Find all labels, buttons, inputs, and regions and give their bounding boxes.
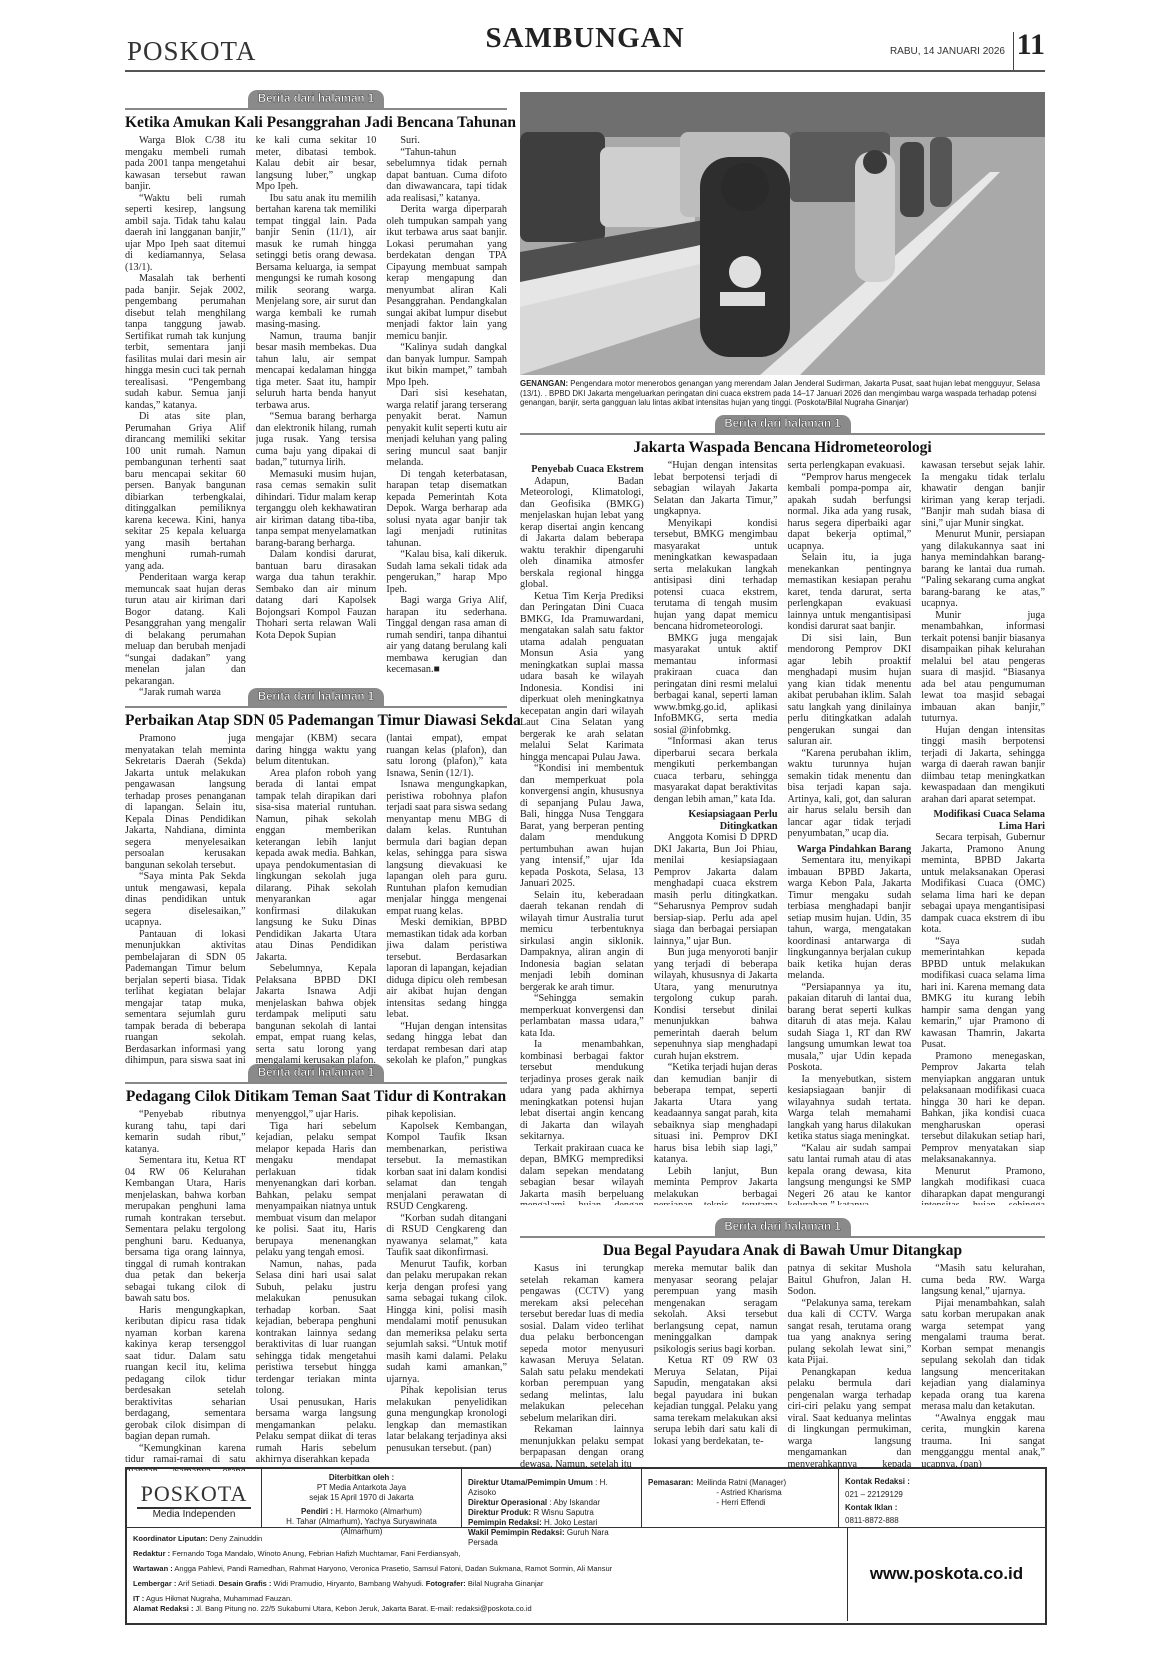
article-paragraph: Bagi warga Griya Alif, harapan itu seder… xyxy=(386,595,507,676)
continued-badge: Berita dari halaman 1 xyxy=(248,1064,384,1082)
article-subheading: Warga Pindahkan Barang xyxy=(788,844,912,856)
article-paragraph: “Informasi akan terus diperbarui secara … xyxy=(654,736,778,805)
article-paragraph: Lebih lanjut, Bun meminta Pemprov Jakart… xyxy=(654,1166,778,1206)
colophon: POSKOTA Media Independen Diterbitkan ole… xyxy=(125,1467,1047,1625)
article-paragraph: Namun, trauma banjir besar masih membeka… xyxy=(256,331,377,412)
article-paragraph: Memasuki musim hujan, rasa cemas semakin… xyxy=(256,469,377,550)
colophon-logo-cell: POSKOTA Media Independen xyxy=(127,1469,262,1527)
article-paragraph: Dalam kondisi darurat, bantuan baru dira… xyxy=(256,549,377,641)
marketing-name: - Astried Kharisma xyxy=(696,1488,786,1498)
article-paragraph: Selain itu, ia juga menekankan pentingny… xyxy=(788,552,912,633)
article-paragraph: Isnawa mengungkapkan, peristiwa robohnya… xyxy=(386,779,507,917)
article-paragraph: “Kalau bisa, kali dikeruk. Sudah lama se… xyxy=(386,549,507,595)
article-column: Warga Blok C/38 itu mengaku membeli ruma… xyxy=(125,135,246,695)
article-column: serta perlengkapan evakuasi.“Pemprov har… xyxy=(788,460,912,1205)
article-column: ke kali cuma sekitar 10 meter, dibatasi … xyxy=(256,135,377,695)
article-paragraph: mengajar (KBM) secara daring hingga wakt… xyxy=(256,733,377,768)
article-column: Suri.“Tahun-tahun sebelumnya tidak perna… xyxy=(386,135,507,695)
page-number: 11 xyxy=(1017,28,1045,62)
article-paragraph: ke kali cuma sekitar 10 meter, dibatasi … xyxy=(256,135,377,193)
ads-phone: 0811-8872-888 xyxy=(845,1514,1039,1527)
publisher-since: sejak 15 April 1970 di Jakarta xyxy=(268,1493,455,1503)
divider xyxy=(125,1082,507,1084)
publisher-name: PT Media Antarkota Jaya xyxy=(268,1483,455,1493)
article-paragraph: “Waktu beli rumah seperti kesirep, langs… xyxy=(125,193,246,274)
article-paragraph: Ketua Tim Kerja Prediksi dan Peringatan … xyxy=(520,591,644,764)
caption-label: GENANGAN: xyxy=(520,379,568,388)
article-paragraph: “Hujan dengan intensitas lebat berpotens… xyxy=(654,460,778,518)
article-paragraph: Suri. xyxy=(386,135,507,147)
continued-badge: Berita dari halaman 1 xyxy=(248,688,384,706)
article-paragraph: Ibu satu anak itu memilih bertahan karen… xyxy=(256,193,377,331)
article-paragraph: Penangkapan kedua pelaku bermula dari pe… xyxy=(788,1367,912,1469)
article-paragraph: Usai penusukan, Haris bersama warga lang… xyxy=(256,1397,377,1466)
article-paragraph: Di atas site plan, Perumahan Griya Alif … xyxy=(125,411,246,572)
article-column: Kasus ini terungkap setelah rekaman kame… xyxy=(520,1263,644,1468)
article-paragraph: Rekaman lainnya menunjukkan pelaku sempa… xyxy=(520,1424,644,1468)
article-paragraph: Pramono menegaskan, Pemprov Jakarta tela… xyxy=(921,1051,1045,1166)
article-paragraph: Menurut Munir, persiapan yang dilakukann… xyxy=(921,529,1045,610)
article-paragraph: Masalah tak berhenti pada banjir. Sejak … xyxy=(125,273,246,411)
article-paragraph: “Masih satu kelurahan, cuma beda RW. War… xyxy=(921,1263,1045,1298)
article-paragraph: “Hujan dengan intensitas sedang hingga l… xyxy=(386,1021,507,1067)
issue-date: RABU, 14 JANUARI 2026 xyxy=(890,46,1005,57)
website-link[interactable]: www.poskota.co.id xyxy=(848,1527,1045,1621)
staff-credits: Koordinator Liputan: Deny Zainuddin Reda… xyxy=(127,1527,848,1621)
article-paragraph: Ia menambahkan, kombinasi berbagai fakto… xyxy=(520,1039,644,1143)
article-subheading: Modifikasi Cuaca Selama Lima Hari xyxy=(921,809,1045,832)
article-paragraph: Warga Blok C/38 itu mengaku membeli ruma… xyxy=(125,135,246,193)
article-column: kawasan tersebut sejak lahir. Ia mengaku… xyxy=(921,460,1045,1205)
article-headline: Ketika Amukan Kali Pesanggrahan Jadi Ben… xyxy=(125,114,507,132)
founder-label: Pendiri : xyxy=(301,1507,333,1516)
article-paragraph: “Korban sudah ditangani di RSUD Cengkare… xyxy=(386,1213,507,1259)
credit-line: Lembergar : Arif Setiadi. Desain Grafis … xyxy=(133,1576,841,1591)
article-subheading: Penyebab Cuaca Ekstrem xyxy=(520,464,644,476)
article-paragraph: Ia menyebutkan, sistem kesiapsiagaan ban… xyxy=(788,1074,912,1143)
article-column: “Hujan dengan intensitas lebat berpotens… xyxy=(654,460,778,1205)
article-paragraph: Sementara itu, menyikapi imbauan BPBD Ja… xyxy=(788,855,912,982)
article-paragraph: Di tengah keterbatasan, harapan tetap di… xyxy=(386,469,507,550)
director-line: Direktur Operasional : Aby Iskandar xyxy=(468,1498,635,1508)
article-paragraph: Menurut Pramono, langkah modifikasi cuac… xyxy=(921,1166,1045,1206)
continued-badge: Berita dari halaman 1 xyxy=(715,415,851,433)
article-paragraph: Pramono juga menyatakan telah meminta Se… xyxy=(125,733,246,871)
ads-contact-label: Kontak Iklan : xyxy=(845,1503,897,1512)
article-columns: Kasus ini terungkap setelah rekaman kame… xyxy=(520,1263,1045,1468)
article-paragraph: “Tahun-tahun sebelumnya tidak pernah dap… xyxy=(386,147,507,205)
article-paragraph: “Saya sudah memerintahkan kepada BPBD un… xyxy=(921,936,1045,1051)
article-paragraph: Bun juga menyoroti banjir yang terjadi d… xyxy=(654,947,778,1062)
article-paragraph: kawasan tersebut sejak lahir. Ia mengaku… xyxy=(921,460,1045,529)
article-paragraph: Haris mengungkapkan, keributan dipicu ra… xyxy=(125,1305,246,1443)
article-column: Penyebab Cuaca EkstremAdapun, Badan Mete… xyxy=(520,460,644,1205)
article-subheading: Kesiapsiagaan Perlu Ditingkatkan xyxy=(654,809,778,832)
article-column: mengajar (KBM) secara daring hingga wakt… xyxy=(256,733,377,1066)
article-columns: Penyebab Cuaca EkstremAdapun, Badan Mete… xyxy=(520,460,1045,1205)
article-begal-payudara: Berita dari halaman 1 Dua Begal Payudara… xyxy=(520,1218,1045,1458)
article-paragraph: Meski demikian, BPBD memastikan tidak ad… xyxy=(386,917,507,1021)
article-paragraph: “Pelakunya sama, terekam dua kali di CCT… xyxy=(788,1298,912,1367)
article-column: pihak kepolisian.Kapolsek Kembangan, Kom… xyxy=(386,1109,507,1471)
article-paragraph: menyenggol,” ujar Haris. xyxy=(256,1109,377,1121)
article-column: Pramono juga menyatakan telah meminta Se… xyxy=(125,733,246,1066)
footer-tagline: Media Independen xyxy=(133,1509,255,1520)
article-hidrometeorologi: Berita dari halaman 1 Jakarta Waspada Be… xyxy=(520,415,1045,1195)
article-paragraph: Menyikapi kondisi tersebut, BMKG mengimb… xyxy=(654,518,778,633)
article-paragraph: “Kalinya sudah dangkal dan banyak lumpur… xyxy=(386,342,507,388)
article-paragraph: Munir juga menambahkan, informasi terkai… xyxy=(921,610,1045,725)
marketing-label: Pemasaran: xyxy=(648,1478,693,1508)
editorial-phone: 021 – 22129129 xyxy=(845,1488,1039,1501)
article-columns: Pramono juga menyatakan telah meminta Se… xyxy=(125,733,507,1066)
article-paragraph: “Karena perubahan iklim, waktu turunnya … xyxy=(788,748,912,840)
credit-line: Alamat Redaksi : Jl. Bang Pitung no. 22/… xyxy=(133,1604,841,1614)
article-paragraph: “Sehingga semakin memperkuat konvergensi… xyxy=(520,993,644,1039)
divider xyxy=(520,433,1045,435)
photo-caption: GENANGAN: Pengendara motor menerobos gen… xyxy=(520,379,1045,408)
article-paragraph: Sebelumnya, Kepala Pelaksana BPBD DKI Ja… xyxy=(256,963,377,1066)
director-line: Direktur Produk: R Wisnu Saputra xyxy=(468,1508,635,1518)
photo-illustration xyxy=(520,92,1045,375)
article-paragraph: Pihak kepolisian terus melakukan penyeli… xyxy=(386,1385,507,1454)
caption-text: Pengendara motor menerobos genangan yang… xyxy=(520,379,1040,407)
publisher-label: Diterbitkan oleh : xyxy=(329,1473,394,1482)
article-column: “Penyebab ributnya kurang tahu, tapi dar… xyxy=(125,1109,246,1471)
article-paragraph: serta perlengkapan evakuasi. xyxy=(788,460,912,472)
article-paragraph: “Awalnya enggak mau cerita, mungkin kare… xyxy=(921,1413,1045,1469)
editorial-contact-label: Kontak Redaksi : xyxy=(845,1477,910,1486)
article-paragraph: “Ketika terjadi hujan deras dan kemudian… xyxy=(654,1062,778,1166)
article-sdn-05: Berita dari halaman 1 Perbaikan Atap SDN… xyxy=(125,688,507,1053)
article-headline: Dua Begal Payudara Anak di Bawah Umur Di… xyxy=(520,1242,1045,1260)
article-column: patnya di sekitar Mushola Baitul Ghufron… xyxy=(788,1263,912,1468)
article-paragraph: Area plafon roboh yang berada di lantai … xyxy=(256,768,377,964)
article-paragraph: (lantai empat), empat ruangan kelas (pla… xyxy=(386,733,507,779)
article-paragraph: Kapolsek Kembangan, Kompol Taufik Iksan … xyxy=(386,1121,507,1213)
article-paragraph: Adapun, Badan Meteorologi, Klimatologi, … xyxy=(520,476,644,591)
article-paragraph: Derita warga diperparah oleh tumpukan sa… xyxy=(386,204,507,342)
article-paragraph: patnya di sekitar Mushola Baitul Ghufron… xyxy=(788,1263,912,1298)
continued-badge: Berita dari halaman 1 xyxy=(248,90,384,108)
article-paragraph: Sementara itu, Ketua RT 04 RW 06 Kelurah… xyxy=(125,1155,246,1305)
article-paragraph: Anggota Komisi D DPRD DKI Jakarta, Bun J… xyxy=(654,832,778,947)
colophon-bottom-row: Koordinator Liputan: Deny Zainuddin Reda… xyxy=(127,1527,1045,1621)
divider xyxy=(125,108,507,110)
article-paragraph: Ketua RT 09 RW 03 Meruya Selatan, Pijai … xyxy=(654,1355,778,1447)
article-paragraph: Kasus ini terungkap setelah rekaman kame… xyxy=(520,1263,644,1424)
article-paragraph: Namun, nahas, pada Selasa dini hari usai… xyxy=(256,1259,377,1397)
masthead: POSKOTA SAMBUNGAN RABU, 14 JANUARI 2026 … xyxy=(125,14,1045,72)
article-paragraph: Terkait prakiraan cuaca ke depan, BMKG m… xyxy=(520,1143,644,1206)
article-paragraph: Pijai menambahkan, salah satu korban mer… xyxy=(921,1298,1045,1413)
marketing-name: Meilinda Ratni (Manager) xyxy=(696,1478,786,1488)
contacts-cell: Kontak Redaksi : 021 – 22129129 Kontak I… xyxy=(839,1469,1045,1527)
article-paragraph: “Saya minta Pak Sekda untuk mengawasi, k… xyxy=(125,871,246,929)
credit-line: Wartawan : Angga Pahlevi, Pandi Ramedhan… xyxy=(133,1561,841,1576)
article-paragraph: Penderitaan warga kerap memuncak saat hu… xyxy=(125,572,246,687)
article-columns: Warga Blok C/38 itu mengaku membeli ruma… xyxy=(125,135,507,695)
article-kali-pesanggrahan: Berita dari halaman 1 Ketika Amukan Kali… xyxy=(125,90,507,680)
marketing-name: - Herri Effendi xyxy=(696,1498,786,1508)
article-paragraph: Menurut Taufik, korban dan pelaku merupa… xyxy=(386,1259,507,1386)
article-headline: Jakarta Waspada Bencana Hidrometeorologi xyxy=(520,439,1045,457)
article-paragraph: pihak kepolisian. xyxy=(386,1109,507,1121)
article-column: mereka memutar balik dan menyasar seoran… xyxy=(654,1263,778,1468)
article-paragraph: “Penyebab ributnya kurang tahu, tapi dar… xyxy=(125,1109,246,1155)
article-paragraph: Secara terpisah, Gubernur Jakarta, Pramo… xyxy=(921,832,1045,936)
article-paragraph: Hujan dengan intensitas tinggi masih ber… xyxy=(921,725,1045,806)
founder-1: H. Harmoko (Almarhum) xyxy=(335,1507,422,1516)
article-paragraph: “Kondisi ini membentuk dan memperkuat po… xyxy=(520,763,644,890)
continued-badge: Berita dari halaman 1 xyxy=(715,1218,851,1236)
article-paragraph: “Semua barang berharga dan elektronik hi… xyxy=(256,411,377,469)
footer-logo: POSKOTA xyxy=(137,1481,252,1509)
article-headline: Pedagang Cilok Ditikam Teman Saat Tidur … xyxy=(125,1088,507,1106)
article-columns: “Penyebab ributnya kurang tahu, tapi dar… xyxy=(125,1109,507,1471)
news-photo xyxy=(520,92,1045,375)
article-column: menyenggol,” ujar Haris.Tiga hari sebelu… xyxy=(256,1109,377,1471)
divider xyxy=(125,706,507,708)
article-paragraph: “Pemprov harus mengecek kembali pompa-po… xyxy=(788,472,912,553)
publisher-cell: Diterbitkan oleh : PT Media Antarkota Ja… xyxy=(262,1469,462,1527)
article-paragraph: mereka memutar balik dan menyasar seoran… xyxy=(654,1263,778,1355)
article-paragraph: “Kalau air sudah sampai satu lantai ruma… xyxy=(788,1143,912,1206)
article-headline: Perbaikan Atap SDN 05 Pademangan Timur D… xyxy=(125,712,507,730)
credit-line: IT : Agus Hikmat Nugraha, Muhammad Fauza… xyxy=(133,1594,841,1604)
directors-cell: Direktur Utama/Pemimpin Umum : H. Azisok… xyxy=(462,1469,642,1527)
article-cilok: Berita dari halaman 1 Pedagang Cilok Dit… xyxy=(125,1064,507,1459)
credit-line: Redaktur : Fernando Toga Mandalo, Winoto… xyxy=(133,1546,841,1561)
divider xyxy=(1013,32,1014,70)
article-paragraph: “Persiapannya ya itu, pakaian ditaruh di… xyxy=(788,982,912,1074)
article-paragraph: Dari sisi kesehatan, warga relatif jaran… xyxy=(386,388,507,469)
article-paragraph: BMKG juga mengajak masyarakat untuk akti… xyxy=(654,633,778,737)
director-line: Direktur Utama/Pemimpin Umum : H. Azisok… xyxy=(468,1478,635,1498)
article-column: (lantai empat), empat ruangan kelas (pla… xyxy=(386,733,507,1066)
article-paragraph: Pantauan di lokasi menunjukkan aktivitas… xyxy=(125,929,246,1067)
marketing-cell: Pemasaran: Meilinda Ratni (Manager) - As… xyxy=(642,1469,839,1527)
divider xyxy=(520,1236,1045,1238)
article-paragraph: Di sisi lain, Bun mendorong Pemprov DKI … xyxy=(788,633,912,748)
credit-line: Koordinator Liputan: Deny Zainuddin xyxy=(133,1531,841,1546)
article-paragraph: Selain itu, keberadaan daerah tekanan re… xyxy=(520,890,644,994)
article-column: “Masih satu kelurahan, cuma beda RW. War… xyxy=(921,1263,1045,1468)
article-paragraph: Tiga hari sebelum kejadian, pelaku sempa… xyxy=(256,1121,377,1259)
colophon-top-row: POSKOTA Media Independen Diterbitkan ole… xyxy=(127,1469,1045,1528)
